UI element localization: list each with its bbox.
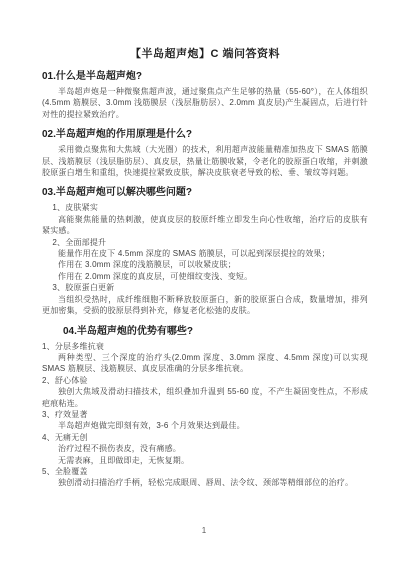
paragraph: 独创滑动扫描治疗手柄，轻松完成眼周、唇周、法令纹、颈部等精细部位的治疗。: [42, 477, 368, 488]
paragraph: 当组织受热时，成纤维细胞不断释放胶原蛋白，新的胶原蛋白合成，数量增加，排列更加密…: [42, 294, 368, 317]
list-item-label: 1、分层多维抗衰: [42, 341, 368, 352]
document-title: 【半岛超声炮】C 端问答资料: [42, 47, 368, 62]
list-item-label: 4、无痛无创: [42, 432, 368, 443]
section-heading: 01.什么是半岛超声炮?: [42, 70, 368, 83]
paragraph: 无需表麻，且即做即走，无恢复期。: [42, 455, 368, 466]
paragraph: 独创大焦域及滑动扫描技术，组织叠加升温到 55-60 度，不产生凝固变性点，不形…: [42, 386, 368, 409]
section-heading: 02.半岛超声炮的作用原理是什么?: [42, 128, 368, 141]
qa-section: 03.半岛超声炮可以解决哪些问题?1、皮肤紧实高能聚焦能量的热刺激，使真皮层的胶…: [42, 186, 368, 316]
document-body: 01.什么是半岛超声炮?半岛超声炮是一种微聚焦超声波，通过聚焦点产生足够的热量（…: [42, 70, 368, 489]
page-number: 1: [0, 526, 408, 535]
qa-section: 02.半岛超声炮的作用原理是什么?采用微点聚焦和大焦域（大光圈）的技术，利用超声…: [42, 128, 368, 178]
paragraph: 两种类型、三个深度的治疗头(2.0mm 深度、3.0mm 深度、4.5mm 深度…: [42, 352, 368, 375]
paragraph: 作用在 2.0mm 深度的真皮层，可使细纹变浅、变短。: [42, 271, 368, 282]
list-item-label: 2、舒心体验: [42, 375, 368, 386]
section-heading: 04.半岛超声炮的优势有哪些?: [42, 325, 368, 338]
paragraph: 作用在 3.0mm 深度的浅筋膜层，可以收紧皮肤；: [42, 259, 368, 270]
paragraph: 能量作用在皮下 4.5mm 深度的 SMAS 筋膜层，可以起到深层提拉的效果；: [42, 248, 368, 259]
list-item-label: 5、全脸覆盖: [42, 466, 368, 477]
paragraph: 半岛超声炮做完即刻有效，3-6 个月效果达到最佳。: [42, 420, 368, 431]
list-item-label: 3、疗效显著: [42, 409, 368, 420]
paragraph: 采用微点聚焦和大焦域（大光圈）的技术，利用超声波能量精准加热皮下 SMAS 筋膜…: [42, 144, 368, 178]
document-page: 【半岛超声炮】C 端问答资料 01.什么是半岛超声炮?半岛超声炮是一种微聚焦超声…: [0, 0, 408, 580]
list-item-label: 1、皮肤紧实: [42, 202, 368, 213]
paragraph: 高能聚焦能量的热刺激，使真皮层的胶原纤维立即发生向心性收缩，治疗后的皮肤有紧实感…: [42, 214, 368, 237]
list-item-label: 3、胶原蛋白更新: [42, 282, 368, 293]
paragraph: 治疗过程不损伤表皮，没有痛感。: [42, 443, 368, 454]
list-item-label: 2、全面部提升: [42, 237, 368, 248]
qa-section: 04.半岛超声炮的优势有哪些?1、分层多维抗衰两种类型、三个深度的治疗头(2.0…: [42, 325, 368, 489]
section-heading: 03.半岛超声炮可以解决哪些问题?: [42, 186, 368, 199]
qa-section: 01.什么是半岛超声炮?半岛超声炮是一种微聚焦超声波，通过聚焦点产生足够的热量（…: [42, 70, 368, 120]
paragraph: 半岛超声炮是一种微聚焦超声波，通过聚焦点产生足够的热量（55-60°），在人体组…: [42, 86, 368, 120]
